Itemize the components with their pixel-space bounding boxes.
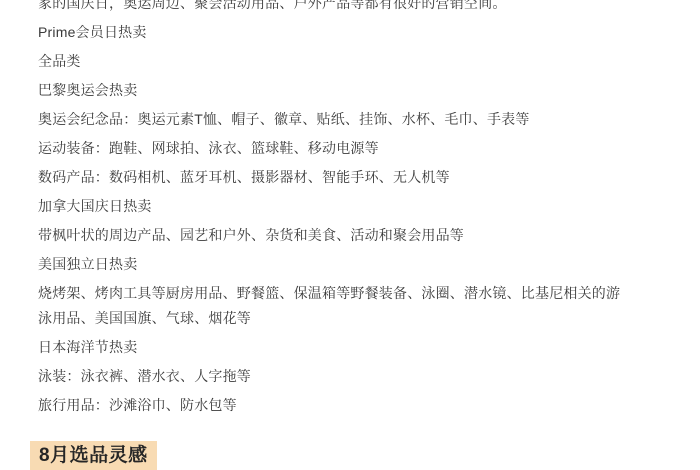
- paragraph-maple-leaf-products: 带枫叶状的周边产品、园艺和户外、杂货和美食、活动和聚会用品等: [38, 223, 634, 248]
- article-body: 家的国庆日，奥运周边、聚会活动用品、户外产品等都有很好的营销空间。 Prime会…: [0, 0, 700, 470]
- paragraph-clipped-intro: 家的国庆日，奥运周边、聚会活动用品、户外产品等都有很好的营销空间。: [38, 0, 634, 16]
- heading-paris-olympics-hot-sellers: 巴黎奥运会热卖: [38, 78, 634, 103]
- paragraph-all-categories: 全品类: [38, 49, 634, 74]
- document-viewport: 家的国庆日，奥运周边、聚会活动用品、户外产品等都有很好的营销空间。 Prime会…: [0, 0, 700, 470]
- paragraph-olympic-souvenirs: 奥运会纪念品：奥运元素T恤、帽子、徽章、贴纸、挂饰、水杯、毛巾、手表等: [38, 107, 634, 132]
- section-heading-august-picks: 8月选品灵感: [30, 441, 157, 470]
- paragraph-bbq-picnic-swim-products: 烧烤架、烤肉工具等厨房用品、野餐篮、保温箱等野餐装备、泳圈、潜水镜、比基尼相关的…: [38, 281, 634, 331]
- heading-prime-day-hot-sellers: Prime会员日热卖: [38, 20, 634, 45]
- paragraph-digital-products: 数码产品：数码相机、蓝牙耳机、摄影器材、智能手环、无人机等: [38, 165, 634, 190]
- heading-canada-day-hot-sellers: 加拿大国庆日热卖: [38, 194, 634, 219]
- paragraph-travel-goods: 旅行用品：沙滩浴巾、防水包等: [38, 393, 634, 418]
- paragraph-swimwear: 泳装：泳衣裤、潜水衣、人字拖等: [38, 364, 634, 389]
- heading-japan-marine-day-hot-sellers: 日本海洋节热卖: [38, 335, 634, 360]
- paragraph-sports-gear: 运动装备：跑鞋、网球拍、泳衣、篮球鞋、移动电源等: [38, 136, 634, 161]
- heading-us-independence-day-hot-sellers: 美国独立日热卖: [38, 252, 634, 277]
